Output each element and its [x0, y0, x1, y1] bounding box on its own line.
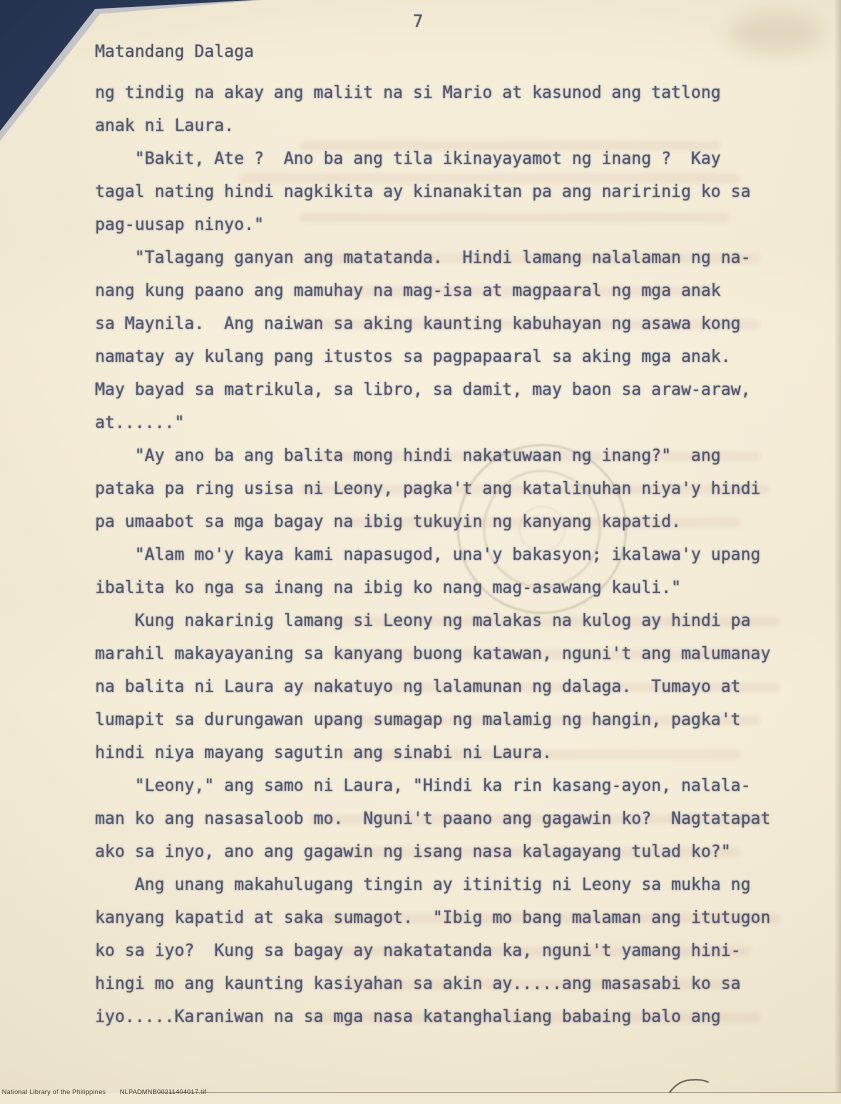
- text-line: kanyang kapatid at saka sumagot. "Ibig m…: [95, 901, 795, 934]
- page-edge-shadow: [834, 0, 841, 1104]
- file-id-label: NLPADMNB00211404017.tif: [120, 1089, 206, 1096]
- text-line: tagal nating hindi nagkikita ay kinanaki…: [95, 175, 795, 208]
- text-line: sa Maynila. Ang naiwan sa aking kaunting…: [95, 307, 795, 340]
- pen-mark: [668, 1077, 710, 1099]
- text-line: "Talagang ganyan ang matatanda. Hindi la…: [95, 241, 795, 274]
- text-line: "Bakit, Ate ? Ano ba ang tila ikinayayam…: [95, 142, 795, 175]
- running-title: Matandang Dalaga: [95, 42, 254, 61]
- page-edge-line: [158, 1092, 841, 1093]
- text-line: ko sa iyo? Kung sa bagay ay nakatatanda …: [95, 934, 795, 967]
- text-line: ng tindig na akay ang maliit na si Mario…: [95, 76, 795, 109]
- text-line: nang kung paano ang mamuhay na mag-isa a…: [95, 274, 795, 307]
- text-line: "Leony," ang samo ni Laura, "Hindi ka ri…: [95, 769, 795, 802]
- text-line: hingi mo ang kaunting kasiyahan sa akin …: [95, 967, 795, 1000]
- text-line: pa umaabot sa mga bagay na ibig tukuyin …: [95, 505, 795, 538]
- text-line: Ang unang makahulugang tingin ay itiniti…: [95, 868, 795, 901]
- text-line: lumapit sa durungawan upang sumagap ng m…: [95, 703, 795, 736]
- text-line: "Alam mo'y kaya kami napasugod, una'y ba…: [95, 538, 795, 571]
- text-line: anak ni Laura.: [95, 109, 795, 142]
- text-line: pag-uusap ninyo.": [95, 208, 795, 241]
- text-line: Kung nakarinig lamang si Leony ng malaka…: [95, 604, 795, 637]
- text-line: May bayad sa matrikula, sa libro, sa dam…: [95, 373, 795, 406]
- text-line: "Ay ano ba ang balita mong hindi nakatuw…: [95, 439, 795, 472]
- text-line: at......": [95, 406, 795, 439]
- typewritten-body: ng tindig na akay ang maliit na si Mario…: [95, 76, 795, 1033]
- text-line: man ko ang nasasaloob mo. Nguni't paano …: [95, 802, 795, 835]
- text-line: iyo.....Karaniwan na sa mga nasa katangh…: [95, 1000, 795, 1033]
- text-line: marahil makayayaning sa kanyang buong ka…: [95, 637, 795, 670]
- paper-stain: [728, 12, 824, 54]
- text-line: hindi niya mayang sagutin ang sinabi ni …: [95, 736, 795, 769]
- text-line: namatay ay kulang pang itustos sa pagpap…: [95, 340, 795, 373]
- text-line: ibalita ko nga sa inang na ibig ko nang …: [95, 571, 795, 604]
- scan-footer: National Library of the PhilippinesNLPAD…: [2, 1089, 206, 1096]
- text-line: na balita ni Laura ay nakatuyo ng lalamu…: [95, 670, 795, 703]
- library-label: National Library of the Philippines: [2, 1089, 106, 1096]
- page-number: 7: [402, 12, 434, 32]
- text-line: ako sa inyo, ano ang gagawin ng isang na…: [95, 835, 795, 868]
- text-line: pataka pa ring usisa ni Leony, pagka't a…: [95, 472, 795, 505]
